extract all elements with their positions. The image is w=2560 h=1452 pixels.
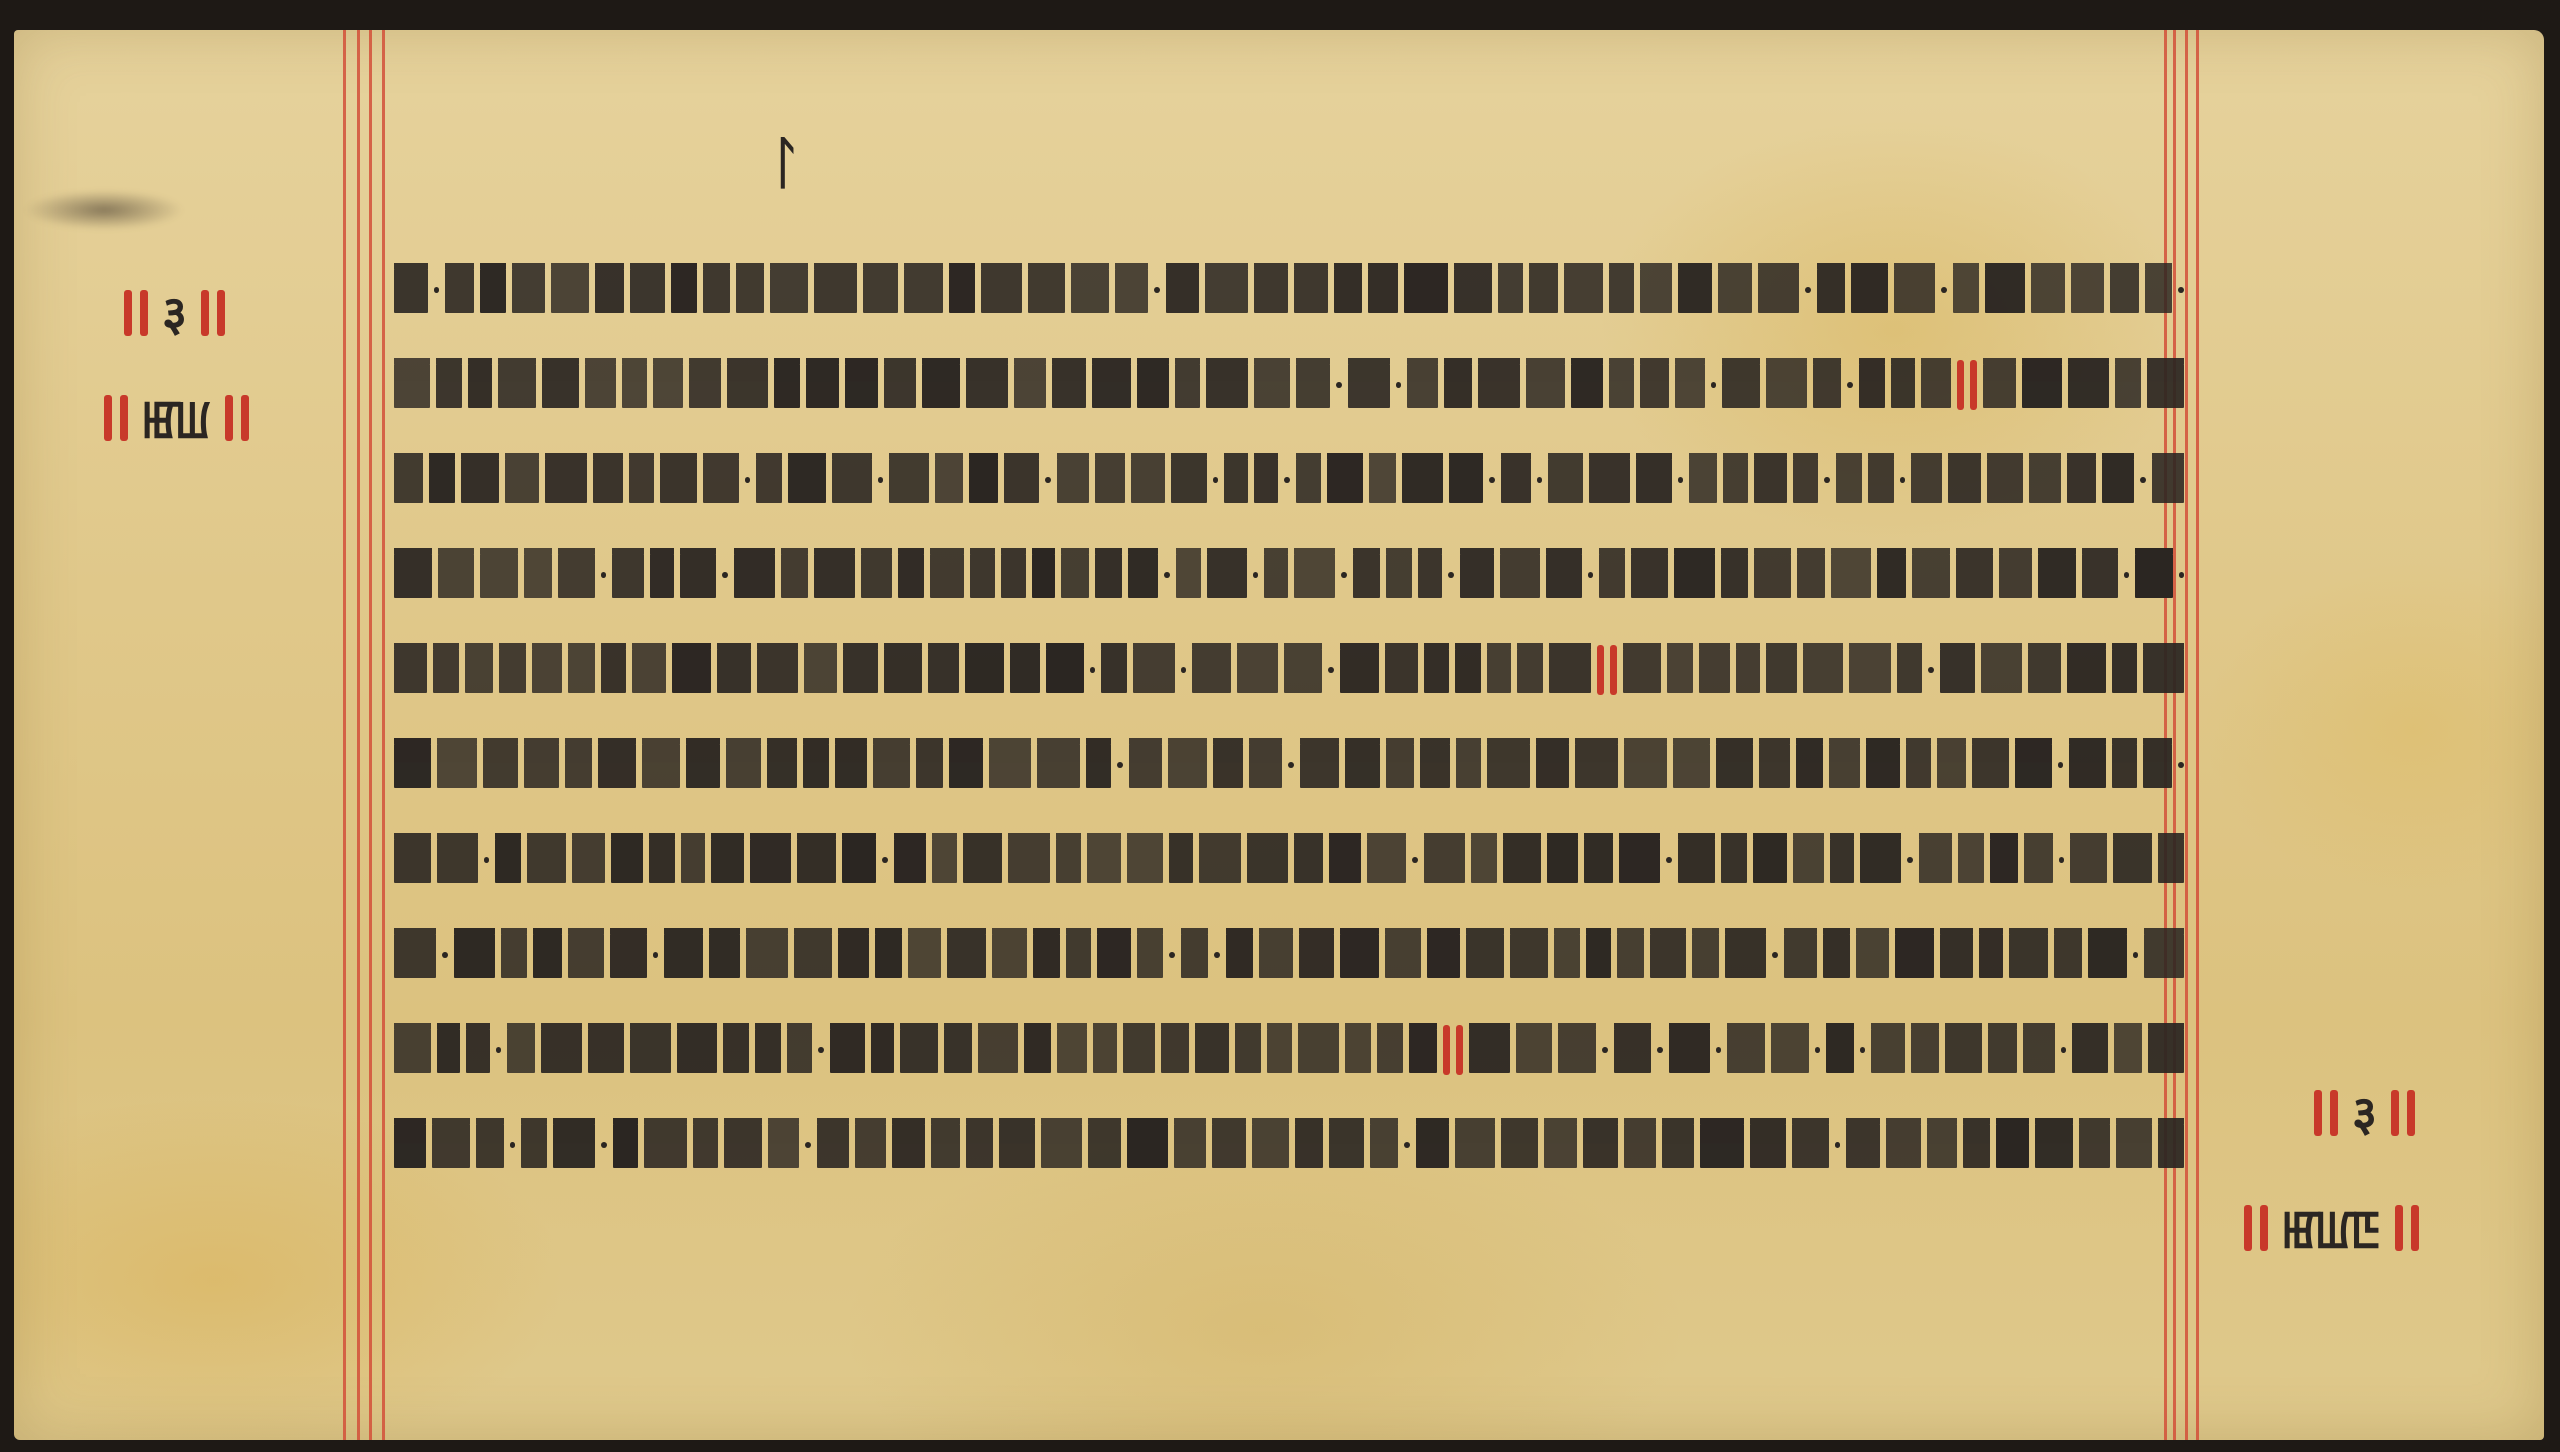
script-glyph	[978, 1027, 1018, 1073]
script-glyph	[1921, 362, 1951, 408]
script-glyph	[1640, 267, 1673, 313]
script-glyph	[1753, 837, 1787, 883]
punctuation-dot	[805, 1142, 811, 1148]
script-glyph	[855, 1122, 885, 1168]
punctuation-dot	[2058, 762, 2064, 768]
script-glyph	[1498, 267, 1523, 313]
punctuation-dot	[1489, 477, 1495, 483]
script-glyph	[553, 1122, 595, 1168]
punctuation-dot	[510, 1142, 516, 1148]
punctuation-dot	[1284, 477, 1290, 483]
script-glyph	[981, 267, 1022, 313]
script-glyph	[2147, 362, 2184, 408]
punctuation-dot	[601, 1142, 607, 1148]
script-glyph	[1478, 362, 1519, 408]
script-glyph	[505, 457, 539, 503]
script-glyph	[1836, 457, 1862, 503]
script-glyph	[781, 552, 808, 598]
script-glyph	[394, 552, 432, 598]
script-glyph	[932, 837, 957, 883]
script-glyph	[1723, 457, 1748, 503]
script-glyph	[1444, 362, 1472, 408]
script-glyph	[788, 457, 826, 503]
script-glyph	[935, 457, 963, 503]
script-glyph	[1823, 932, 1850, 978]
script-glyph	[524, 742, 559, 788]
punctuation-dot	[496, 1047, 501, 1053]
script-glyph	[2029, 457, 2061, 503]
script-glyph	[1171, 457, 1207, 503]
punctuation-dot	[1336, 382, 1342, 388]
script-glyph	[1369, 457, 1396, 503]
script-glyph	[1624, 1122, 1656, 1168]
script-glyph	[1334, 267, 1363, 313]
script-glyph	[495, 837, 521, 883]
script-glyph	[2067, 647, 2105, 693]
script-glyph	[2088, 932, 2127, 978]
script-glyph	[2071, 267, 2105, 313]
punctuation-dot	[1412, 857, 1418, 863]
red-double-danda	[1443, 1025, 1463, 1075]
script-glyph	[611, 837, 643, 883]
script-glyph	[1536, 742, 1569, 788]
script-glyph	[726, 742, 761, 788]
script-glyph	[499, 647, 526, 693]
script-glyph	[1404, 267, 1447, 313]
script-glyph	[1092, 362, 1130, 408]
script-glyph	[871, 1027, 895, 1073]
script-glyph	[1046, 647, 1083, 693]
manuscript-text-block	[394, 250, 2184, 1200]
script-glyph	[1617, 932, 1643, 978]
script-glyph	[1370, 1122, 1397, 1168]
script-glyph	[768, 1122, 799, 1168]
script-glyph	[1409, 1027, 1437, 1073]
script-glyph	[1636, 457, 1672, 503]
script-glyph	[437, 742, 476, 788]
script-glyph	[394, 932, 436, 978]
red-double-danda	[2395, 1205, 2419, 1251]
script-glyph	[1771, 1027, 1808, 1073]
script-glyph	[1517, 647, 1543, 693]
script-glyph	[1571, 362, 1603, 408]
script-glyph	[898, 552, 925, 598]
script-glyph	[568, 647, 595, 693]
script-glyph	[1983, 362, 2016, 408]
script-glyph	[1024, 1027, 1050, 1073]
script-glyph	[1294, 837, 1323, 883]
script-glyph	[568, 932, 604, 978]
punctuation-dot	[1214, 952, 1220, 958]
script-glyph	[1640, 362, 1669, 408]
script-glyph	[551, 267, 589, 313]
script-glyph	[1906, 742, 1931, 788]
script-glyph	[429, 457, 456, 503]
script-glyph	[1327, 457, 1363, 503]
script-glyph	[1784, 932, 1817, 978]
script-glyph	[1979, 932, 2004, 978]
script-glyph	[1295, 1122, 1323, 1168]
script-glyph	[922, 362, 960, 408]
red-double-danda	[2244, 1205, 2268, 1251]
script-glyph	[2028, 647, 2062, 693]
script-glyph	[394, 837, 431, 883]
script-glyph	[750, 837, 791, 883]
script-glyph	[1871, 1027, 1905, 1073]
red-double-danda	[1957, 360, 1977, 410]
script-glyph	[1678, 267, 1712, 313]
script-glyph	[1264, 552, 1288, 598]
script-glyph	[1990, 837, 2018, 883]
script-glyph	[873, 742, 909, 788]
script-glyph	[2068, 362, 2109, 408]
script-glyph	[724, 1122, 762, 1168]
script-glyph	[1758, 267, 1799, 313]
script-glyph	[1449, 457, 1483, 503]
punctuation-dot	[1847, 382, 1853, 388]
script-glyph	[1299, 932, 1334, 978]
manuscript-line	[394, 1010, 2184, 1090]
script-glyph	[1544, 1122, 1577, 1168]
script-glyph	[632, 647, 666, 693]
punctuation-dot	[1164, 572, 1169, 578]
script-glyph	[498, 362, 535, 408]
script-glyph	[1247, 837, 1288, 883]
script-glyph	[436, 362, 462, 408]
script-glyph	[432, 1122, 470, 1168]
script-glyph	[727, 362, 768, 408]
script-glyph	[1454, 267, 1493, 313]
script-glyph	[1700, 1122, 1744, 1168]
script-glyph	[1609, 267, 1634, 313]
script-glyph	[1176, 552, 1202, 598]
script-glyph	[1168, 742, 1207, 788]
script-glyph	[1057, 457, 1089, 503]
punctuation-dot	[1678, 477, 1684, 483]
punctuation-dot	[878, 477, 884, 483]
script-glyph	[1510, 932, 1549, 978]
script-glyph	[1759, 742, 1790, 788]
script-glyph	[1041, 1122, 1082, 1168]
script-glyph	[1911, 1027, 1939, 1073]
script-glyph	[1750, 1122, 1786, 1168]
script-glyph	[845, 362, 878, 408]
script-glyph	[717, 647, 751, 693]
red-margin-rule	[382, 30, 385, 1440]
script-glyph	[1609, 362, 1634, 408]
script-glyph	[2112, 647, 2137, 693]
punctuation-dot	[2059, 857, 2065, 863]
script-glyph	[630, 267, 666, 313]
script-glyph	[1340, 647, 1379, 693]
script-glyph	[1267, 1027, 1292, 1073]
script-glyph	[483, 742, 518, 788]
script-glyph	[501, 932, 527, 978]
script-glyph	[2023, 1027, 2055, 1073]
script-glyph	[671, 267, 697, 313]
script-glyph	[1793, 457, 1818, 503]
script-glyph	[814, 552, 854, 598]
script-glyph	[2143, 647, 2184, 693]
punctuation-dot	[1907, 857, 1913, 863]
script-glyph	[1237, 647, 1278, 693]
punctuation-dot	[1404, 1142, 1410, 1148]
ink-smudge	[24, 190, 184, 230]
script-glyph	[433, 647, 459, 693]
script-glyph	[1736, 647, 1760, 693]
script-glyph	[746, 932, 787, 978]
red-double-danda	[104, 395, 128, 441]
script-glyph	[2069, 742, 2105, 788]
script-glyph	[1471, 837, 1497, 883]
script-glyph	[466, 1027, 490, 1073]
script-glyph	[1940, 932, 1973, 978]
script-glyph	[1377, 1027, 1403, 1073]
punctuation-dot	[1657, 1047, 1662, 1053]
script-glyph	[1963, 1122, 1990, 1168]
script-glyph	[1831, 552, 1871, 598]
script-glyph	[601, 647, 626, 693]
script-glyph	[830, 1027, 865, 1073]
script-glyph	[1014, 362, 1046, 408]
script-glyph	[1010, 647, 1041, 693]
script-glyph	[1207, 552, 1246, 598]
script-glyph	[1501, 1122, 1538, 1168]
punctuation-dot	[1169, 952, 1175, 958]
punctuation-dot	[1666, 857, 1672, 863]
script-glyph	[1123, 1027, 1156, 1073]
script-glyph	[480, 552, 518, 598]
punctuation-dot	[653, 952, 659, 958]
script-glyph	[1206, 362, 1248, 408]
script-glyph	[1830, 837, 1854, 883]
script-glyph	[1856, 932, 1889, 978]
script-glyph	[884, 362, 916, 408]
script-glyph	[723, 1027, 749, 1073]
script-glyph	[1549, 647, 1590, 693]
script-glyph	[1131, 457, 1165, 503]
script-glyph	[693, 1122, 718, 1168]
script-glyph	[1095, 552, 1122, 598]
red-double-danda	[124, 290, 148, 336]
script-glyph	[1766, 362, 1807, 408]
script-glyph	[1599, 552, 1625, 598]
script-glyph	[1589, 457, 1630, 503]
script-glyph	[1927, 1122, 1957, 1168]
punctuation-dot	[745, 477, 751, 483]
script-glyph	[672, 647, 711, 693]
punctuation-dot	[1328, 667, 1334, 673]
script-glyph	[612, 552, 644, 598]
script-glyph	[1547, 837, 1578, 883]
script-glyph	[1725, 932, 1766, 978]
punctuation-dot	[1824, 477, 1830, 483]
script-glyph	[394, 457, 423, 503]
script-glyph	[394, 647, 427, 693]
script-glyph	[889, 457, 929, 503]
punctuation-dot	[882, 857, 888, 863]
script-glyph	[2022, 362, 2062, 408]
script-glyph	[1948, 457, 1980, 503]
script-glyph	[1826, 1027, 1853, 1073]
script-glyph	[1919, 837, 1952, 883]
script-glyph	[1252, 1122, 1289, 1168]
script-glyph	[394, 362, 430, 408]
script-glyph	[711, 837, 744, 883]
script-glyph	[1860, 837, 1901, 883]
punctuation-dot	[1154, 287, 1160, 293]
script-glyph	[1460, 552, 1494, 598]
script-glyph	[884, 647, 922, 693]
script-glyph	[1254, 457, 1278, 503]
script-glyph	[1033, 932, 1060, 978]
script-glyph	[1623, 647, 1661, 693]
manuscript-line	[394, 535, 2184, 615]
punctuation-dot	[1213, 477, 1219, 483]
punctuation-dot	[1181, 667, 1187, 673]
script-glyph	[2070, 837, 2106, 883]
left-margin-lower-label: ꡅꡆ	[104, 385, 249, 450]
script-glyph	[686, 742, 720, 788]
script-glyph	[1032, 552, 1056, 598]
folio-number-mark: ᛚ	[769, 130, 803, 196]
script-glyph	[2067, 457, 2096, 503]
script-glyph	[1793, 837, 1824, 883]
script-glyph	[527, 837, 566, 883]
red-margin-rule	[357, 30, 360, 1440]
script-glyph	[2112, 742, 2137, 788]
script-glyph	[1137, 932, 1163, 978]
script-glyph	[949, 742, 982, 788]
script-glyph	[1071, 267, 1109, 313]
script-glyph	[2113, 837, 2152, 883]
punctuation-dot	[442, 952, 448, 958]
script-glyph	[1631, 552, 1669, 598]
script-glyph	[1796, 742, 1823, 788]
script-glyph	[875, 932, 901, 978]
script-glyph	[1586, 932, 1611, 978]
script-glyph	[966, 1122, 993, 1168]
script-glyph	[989, 742, 1031, 788]
script-glyph	[965, 647, 1003, 693]
script-glyph	[931, 1122, 960, 1168]
punctuation-dot	[1396, 382, 1402, 388]
script-glyph	[794, 932, 833, 978]
script-glyph	[1294, 552, 1335, 598]
punctuation-dot	[1941, 287, 1947, 293]
script-glyph	[533, 932, 562, 978]
manuscript-line	[394, 725, 2184, 805]
punctuation-dot	[1711, 382, 1717, 388]
script-glyph	[1987, 457, 2023, 503]
script-glyph	[445, 267, 474, 313]
script-glyph	[1175, 362, 1200, 408]
script-glyph	[1958, 837, 1984, 883]
script-glyph	[1940, 647, 1975, 693]
script-glyph	[524, 552, 552, 598]
script-glyph	[803, 742, 829, 788]
script-glyph	[437, 837, 477, 883]
script-glyph	[1564, 267, 1603, 313]
script-glyph	[1455, 1122, 1495, 1168]
script-glyph	[944, 1027, 972, 1073]
script-glyph	[969, 457, 999, 503]
script-glyph	[1127, 1122, 1168, 1168]
script-glyph	[1469, 1027, 1510, 1073]
script-glyph	[999, 1122, 1034, 1168]
manuscript-folio: ᛚ ३ ꡅꡆ ३ ꡅꡆꡇ	[14, 30, 2544, 1440]
script-glyph	[1716, 742, 1753, 788]
script-glyph	[1766, 647, 1797, 693]
script-glyph	[1868, 457, 1894, 503]
punctuation-dot	[2178, 762, 2184, 768]
script-glyph	[2114, 1027, 2142, 1073]
script-glyph	[630, 1027, 670, 1073]
script-glyph	[1937, 742, 1966, 788]
script-glyph	[1548, 457, 1583, 503]
punctuation-dot	[1860, 1047, 1865, 1053]
punctuation-dot	[2140, 477, 2146, 483]
script-glyph	[1583, 1122, 1618, 1168]
script-glyph	[734, 552, 775, 598]
script-glyph	[2102, 457, 2134, 503]
punctuation-dot	[1253, 572, 1258, 578]
script-glyph	[532, 647, 562, 693]
red-margin-rule	[2185, 30, 2188, 1440]
script-glyph	[1718, 267, 1752, 313]
script-glyph	[1345, 742, 1379, 788]
script-glyph	[1284, 647, 1322, 693]
script-glyph	[1066, 932, 1091, 978]
script-glyph	[947, 932, 987, 978]
script-glyph	[2144, 932, 2184, 978]
script-glyph	[653, 362, 683, 408]
script-glyph	[1259, 932, 1293, 978]
script-glyph	[1028, 267, 1065, 313]
script-glyph	[1166, 267, 1199, 313]
script-glyph	[1001, 552, 1026, 598]
script-glyph	[468, 362, 492, 408]
script-glyph	[1385, 932, 1421, 978]
script-glyph	[1061, 552, 1088, 598]
script-glyph	[545, 457, 587, 503]
script-glyph	[1996, 1122, 2029, 1168]
script-glyph	[598, 742, 636, 788]
punctuation-dot	[1772, 952, 1778, 958]
script-glyph	[1972, 742, 2009, 788]
script-glyph	[709, 932, 740, 978]
script-glyph	[461, 457, 499, 503]
script-glyph	[1846, 1122, 1879, 1168]
script-glyph	[1254, 267, 1288, 313]
script-glyph	[1692, 932, 1718, 978]
script-glyph	[2038, 552, 2076, 598]
script-glyph	[1407, 362, 1438, 408]
script-glyph	[588, 1027, 625, 1073]
script-glyph	[2024, 837, 2053, 883]
script-glyph	[861, 552, 892, 598]
script-glyph	[572, 837, 605, 883]
manuscript-line	[394, 345, 2184, 425]
script-glyph	[1501, 457, 1531, 503]
script-glyph	[1056, 837, 1081, 883]
script-glyph	[894, 837, 927, 883]
script-glyph	[1086, 742, 1111, 788]
red-double-danda	[201, 290, 225, 336]
script-glyph	[595, 267, 624, 313]
script-glyph	[622, 362, 647, 408]
punctuation-dot	[434, 287, 440, 293]
